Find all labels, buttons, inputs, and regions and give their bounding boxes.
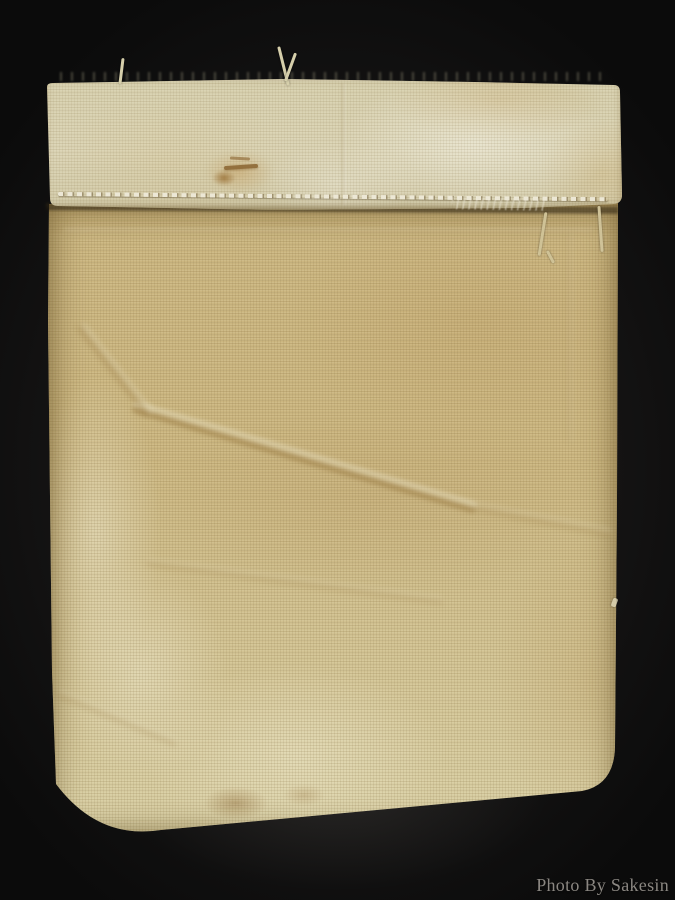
top-edge-fray: [60, 72, 605, 81]
seam-fray-right: [452, 197, 547, 211]
pouch-body: [46, 202, 622, 842]
band-stain-blob: [212, 170, 236, 186]
pouch-top-band: [44, 79, 622, 210]
fabric-pouch: [0, 0, 675, 900]
crease-right-extension: [473, 502, 612, 537]
crease-lower: [146, 558, 444, 604]
crease-upper-left: [76, 322, 154, 418]
crease-main-diagonal: [130, 400, 479, 514]
watermark-text: Photo By Sakesin: [536, 875, 669, 896]
crease-bottom-left: [57, 689, 179, 746]
crease-right-vertical: [566, 232, 573, 442]
photo-scene: Photo By Sakesin: [0, 0, 675, 900]
band-vertical-crease: [341, 83, 346, 205]
wrinkle-under-seam: [64, 228, 594, 234]
